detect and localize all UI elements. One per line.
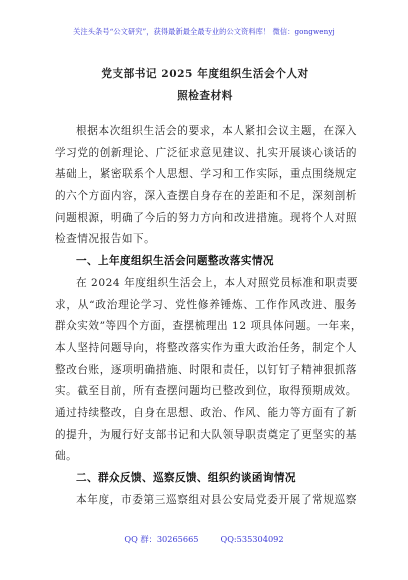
qq-group-text: QQ 群：30265665 [124, 534, 198, 545]
body-line: 检查情况报告如下。 [55, 229, 357, 251]
body-line: 问题根源，明确了今后的努力方向和改进措施。现将个人对照 [55, 208, 357, 230]
body-line: 的六个方面内容，深入查摆自身存在的差距和不足，深刻剖析 [55, 186, 357, 208]
body-line: 通过持续整改，自身在思想、政治、作风、能力等方面有了新 [55, 403, 357, 425]
qq-text: QQ:535304092 [221, 534, 284, 544]
body-line: 本人坚持问题导向，将整改落实作为重大政治任务，制定个人 [55, 338, 357, 360]
body-line: 整改台账，逐项明确措施、时限和责任，以钉钉子精神狠抓落 [55, 360, 357, 382]
section-heading-1: 一、上年度组织生活会问题整改落实情况 [55, 251, 357, 273]
promo-header: 关注头条号“公文研究”，获得最新最全最专业的公文资料库！ 微信：gongweny… [0, 27, 408, 37]
body-line: 的提升，为履行好支部书记和大队领导职责奠定了更坚实的基 [55, 425, 357, 447]
contact-footer: QQ 群：30265665QQ:535304092 [0, 534, 408, 545]
body-line: 群众实效”等四个方面，查摆梳理出 12 项具体问题。一年来， [55, 316, 357, 338]
body-line: 学习党的创新理论、广泛征求意见建议、扎实开展谈心谈话的 [55, 143, 357, 165]
body-line: 在 2024 年度组织生活会上，本人对照党员标准和职责要 [55, 273, 357, 295]
title-line-1: 党支部书记 2025 年度组织生活会个人对 [40, 64, 370, 86]
body-line: 根据本次组织生活会的要求，本人紧扣会议主题，在深入 [55, 121, 357, 143]
body-line: 础。 [55, 446, 357, 468]
body-line: 求，从“政治理论学习、党性修养锤炼、工作作风改进、服务 [55, 295, 357, 317]
title-line-2: 照检查材料 [40, 86, 370, 108]
body-line: 基础上，紧密联系个人思想、学习和工作实际，重点围绕规定 [55, 164, 357, 186]
section-heading-2: 二、群众反馈、巡察反馈、组织约谈函询情况 [55, 468, 357, 490]
body-line: 本年度，市委第三巡察组对县公安局党委开展了常规巡察 [55, 490, 357, 512]
document-body: 根据本次组织生活会的要求，本人紧扣会议主题，在深入 学习党的创新理论、广泛征求意… [55, 121, 357, 511]
body-line: 实。截至目前，所有查摆问题均已整改到位，取得预期成效。 [55, 381, 357, 403]
document-title: 党支部书记 2025 年度组织生活会个人对 照检查材料 [40, 64, 370, 107]
